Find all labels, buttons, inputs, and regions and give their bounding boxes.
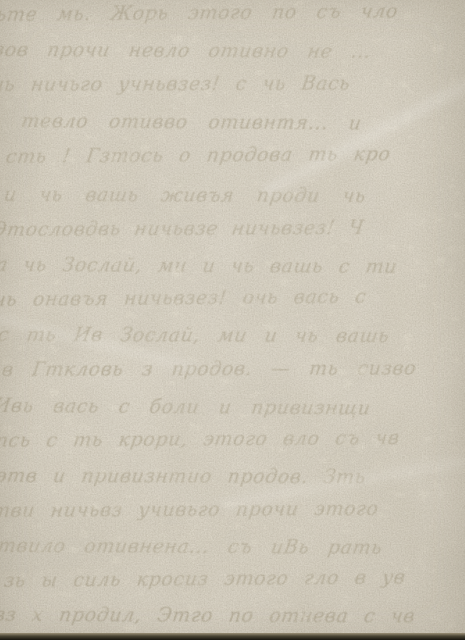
- script-line: зов прочи невло отивно не ...: [0, 39, 465, 64]
- photo-bottom-edge: [0, 633, 465, 640]
- script-line: тсь с ть крори, этого вло съ чв: [0, 427, 465, 452]
- script-line: зь ы силь кросиз этого гло в ув: [3, 566, 465, 592]
- script-line: а чь Зослай, ми и чь вашь с ти: [0, 254, 465, 279]
- script-line: с ть Ив Зослай, ми и чь вашь: [0, 324, 465, 348]
- script-line: сть ! Гзтось о продова ть кро: [4, 143, 465, 168]
- script-line: ьте мь. Жорь этого по съ чло: [0, 0, 465, 26]
- script-line: ь тевло отивво отивнтя... и: [0, 110, 465, 135]
- script-line: вз х продил, Этго по отнева с чв: [0, 604, 465, 628]
- script-line: Ивь вась с боли и привизнщи: [0, 395, 465, 420]
- script-line: чь онавъя ничьвзез! очь вась с: [0, 285, 465, 311]
- wallpaper-photo: ьте мь. Жорь этого по съ чло зов прочи н…: [0, 0, 465, 640]
- script-line: твило отивнена... съ иВь рать: [0, 535, 465, 560]
- handwritten-script-layer: ьте мь. Жорь этого по съ чло зов прочи н…: [0, 0, 465, 640]
- script-line: этв и привизнтио продов. Зть: [0, 465, 465, 489]
- script-line: тви ничьвз учивьго прочи этого: [0, 497, 465, 522]
- script-line: и чь вашь живъя проди чь: [2, 184, 465, 208]
- script-line: в Гткловь з продов. — ть сизво: [0, 357, 465, 381]
- script-line: чь ничьго учньвзез! с чь Вась: [0, 72, 465, 96]
- script-line: Этословдвь ничьвзе ничьвзез! Ч: [0, 216, 465, 241]
